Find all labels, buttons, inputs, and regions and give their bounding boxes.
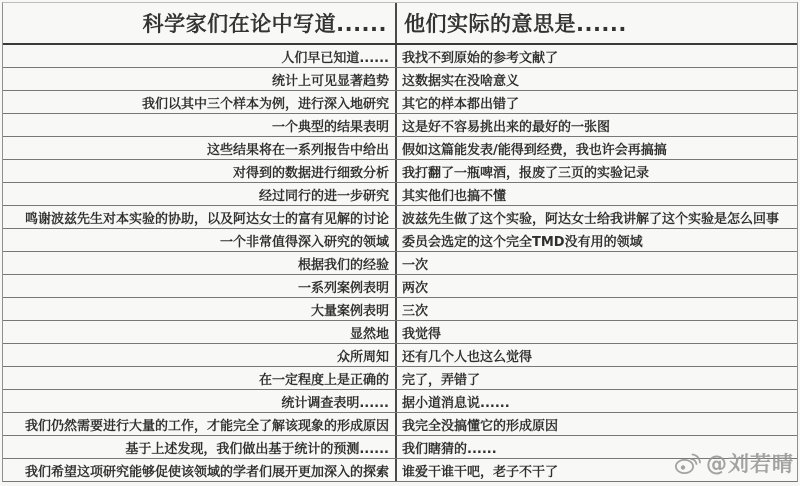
meme-table-image: 科学家们在论中写道...... 他们实际的意思是...... 人们早已知道...… <box>0 0 800 486</box>
cell-written-text: 一个非常值得深入研究的领域 <box>220 231 389 250</box>
cell-written-text: 人们早已知道...... <box>281 47 389 66</box>
cell-written: 基于上述发现，我们做出基于统计的预测...... <box>3 436 397 458</box>
cell-written-text: 对得到的数据进行细致分析 <box>233 162 389 181</box>
cell-written-text: 我们希望这项研究能够促使该领域的学者们展开更加深入的探索 <box>25 461 389 480</box>
cell-written-text: 这些结果将在一系列报告中给出 <box>207 139 389 158</box>
cell-written-text: 统计上可见显著趋势 <box>272 70 389 89</box>
cell-meant: 完了，弄错了 <box>397 367 797 389</box>
cell-meant: 波兹先生做了这个实验，阿达女士给我讲解了这个实验是怎么回事 <box>397 206 797 228</box>
cell-written: 统计上可见显著趋势 <box>3 68 397 90</box>
paper-phrase-table: 科学家们在论中写道...... 他们实际的意思是...... 人们早已知道...… <box>2 2 798 482</box>
cell-written: 对得到的数据进行细致分析 <box>3 160 397 182</box>
column-header-meant-label: 他们实际的意思是...... <box>404 8 627 38</box>
table-row: 人们早已知道...... 我找不到原始的参考文献了 <box>3 45 797 68</box>
cell-meant-text: 三次 <box>402 300 428 319</box>
cell-written: 人们早已知道...... <box>3 45 397 67</box>
column-header-meant: 他们实际的意思是...... <box>397 3 797 43</box>
cell-meant-text: 我找不到原始的参考文献了 <box>402 47 558 66</box>
cell-meant: 假如这篇能发表/能得到经费，我也许会再搞搞 <box>397 137 797 159</box>
table-header-row: 科学家们在论中写道...... 他们实际的意思是...... <box>3 3 797 45</box>
table-row: 一系列案例表明 两次 <box>3 275 797 298</box>
cell-meant: 我们瞎猜的...... <box>397 436 797 458</box>
cell-written-text: 根据我们的经验 <box>298 254 389 273</box>
table-row: 这些结果将在一系列报告中给出 假如这篇能发表/能得到经费，我也许会再搞搞 <box>3 137 797 160</box>
cell-meant: 还有几个人也这么觉得 <box>397 344 797 366</box>
cell-written: 一个非常值得深入研究的领域 <box>3 229 397 251</box>
table-row: 我们希望这项研究能够促使该领域的学者们展开更加深入的探索 谁爱干谁干吧，老子不干… <box>3 459 797 482</box>
cell-meant-text: 这是好不容易挑出来的最好的一张图 <box>402 116 610 135</box>
cell-meant-text: 完了，弄错了 <box>402 369 480 388</box>
cell-written: 大量案例表明 <box>3 298 397 320</box>
table-row: 基于上述发现，我们做出基于统计的预测...... 我们瞎猜的...... <box>3 436 797 459</box>
table-row: 我们仍然需要进行大量的工作，才能完全了解该现象的形成原因 我完全没搞懂它的形成原… <box>3 413 797 436</box>
cell-meant-text: 其实他们也搞不懂 <box>402 185 506 204</box>
cell-meant-text: 我完全没搞懂它的形成原因 <box>402 415 558 434</box>
table-row: 众所周知 还有几个人也这么觉得 <box>3 344 797 367</box>
cell-meant-text: 两次 <box>402 277 428 296</box>
table-row: 统计调查表明...... 据小道消息说...... <box>3 390 797 413</box>
cell-written: 在一定程度上是正确的 <box>3 367 397 389</box>
cell-written-text: 我们仍然需要进行大量的工作，才能完全了解该现象的形成原因 <box>25 415 389 434</box>
cell-written: 显然地 <box>3 321 397 343</box>
cell-written-text: 大量案例表明 <box>311 300 389 319</box>
cell-meant: 三次 <box>397 298 797 320</box>
cell-meant: 我找不到原始的参考文献了 <box>397 45 797 67</box>
cell-written-text: 一系列案例表明 <box>298 277 389 296</box>
table-row: 我们以其中三个样本为例，进行深入地研究 其它的样本都出错了 <box>3 91 797 114</box>
cell-meant: 两次 <box>397 275 797 297</box>
cell-meant-text: 一次 <box>402 254 428 273</box>
table-row: 根据我们的经验 一次 <box>3 252 797 275</box>
cell-meant: 委员会选定的这个完全TMD没有用的领域 <box>397 229 797 251</box>
table-row: 在一定程度上是正确的 完了，弄错了 <box>3 367 797 390</box>
cell-meant-text: 据小道消息说...... <box>402 392 510 411</box>
cell-written-text: 基于上述发现，我们做出基于统计的预测...... <box>125 438 389 457</box>
table-row: 统计上可见显著趋势 这数据实在没啥意义 <box>3 68 797 91</box>
table-row: 鸣谢波兹先生对本实验的协助，以及阿达女士的富有见解的讨论 波兹先生做了这个实验，… <box>3 206 797 229</box>
cell-written: 这些结果将在一系列报告中给出 <box>3 137 397 159</box>
cell-meant: 谁爱干谁干吧，老子不干了 <box>397 459 797 481</box>
cell-meant: 据小道消息说...... <box>397 390 797 412</box>
table-row: 大量案例表明 三次 <box>3 298 797 321</box>
cell-written: 我们希望这项研究能够促使该领域的学者们展开更加深入的探索 <box>3 459 397 481</box>
table-row: 对得到的数据进行细致分析 我打翻了一瓶啤酒，报废了三页的实验记录 <box>3 160 797 183</box>
cell-meant: 一次 <box>397 252 797 274</box>
cell-written: 经过同行的进一步研究 <box>3 183 397 205</box>
cell-written: 鸣谢波兹先生对本实验的协助，以及阿达女士的富有见解的讨论 <box>3 206 397 228</box>
cell-meant-text: 我觉得 <box>402 323 441 342</box>
cell-meant: 其它的样本都出错了 <box>397 91 797 113</box>
cell-written-text: 显然地 <box>350 323 389 342</box>
cell-written-text: 鸣谢波兹先生对本实验的协助，以及阿达女士的富有见解的讨论 <box>25 208 389 227</box>
cell-meant-text: 我们瞎猜的...... <box>402 438 497 457</box>
cell-meant-text: 谁爱干谁干吧，老子不干了 <box>402 461 558 480</box>
cell-written: 众所周知 <box>3 344 397 366</box>
cell-meant: 这是好不容易挑出来的最好的一张图 <box>397 114 797 136</box>
cell-written-text: 一个典型的结果表明 <box>272 116 389 135</box>
cell-meant-text: 这数据实在没啥意义 <box>402 70 519 89</box>
cell-written: 统计调查表明...... <box>3 390 397 412</box>
table-row: 经过同行的进一步研究 其实他们也搞不懂 <box>3 183 797 206</box>
cell-meant: 我打翻了一瓶啤酒，报废了三页的实验记录 <box>397 160 797 182</box>
cell-written-text: 经过同行的进一步研究 <box>259 185 389 204</box>
cell-written-text: 统计调查表明...... <box>281 392 389 411</box>
table-row: 显然地 我觉得 <box>3 321 797 344</box>
cell-meant-text: 波兹先生做了这个实验，阿达女士给我讲解了这个实验是怎么回事 <box>402 208 779 227</box>
cell-meant-text: 委员会选定的这个完全TMD没有用的领域 <box>402 231 643 250</box>
cell-written: 一个典型的结果表明 <box>3 114 397 136</box>
cell-meant-text: 我打翻了一瓶啤酒，报废了三页的实验记录 <box>402 162 649 181</box>
cell-meant: 我完全没搞懂它的形成原因 <box>397 413 797 435</box>
column-header-written: 科学家们在论中写道...... <box>3 3 397 43</box>
cell-meant: 这数据实在没啥意义 <box>397 68 797 90</box>
cell-written: 我们以其中三个样本为例，进行深入地研究 <box>3 91 397 113</box>
cell-meant: 我觉得 <box>397 321 797 343</box>
cell-meant-text: 其它的样本都出错了 <box>402 93 519 112</box>
cell-written-text: 在一定程度上是正确的 <box>259 369 389 388</box>
cell-written: 我们仍然需要进行大量的工作，才能完全了解该现象的形成原因 <box>3 413 397 435</box>
column-header-written-label: 科学家们在论中写道...... <box>143 8 387 38</box>
cell-meant-text: 还有几个人也这么觉得 <box>402 346 532 365</box>
table-row: 一个典型的结果表明 这是好不容易挑出来的最好的一张图 <box>3 114 797 137</box>
table-row: 一个非常值得深入研究的领域 委员会选定的这个完全TMD没有用的领域 <box>3 229 797 252</box>
cell-written: 根据我们的经验 <box>3 252 397 274</box>
cell-written-text: 众所周知 <box>337 346 389 365</box>
cell-written-text: 我们以其中三个样本为例，进行深入地研究 <box>142 93 389 112</box>
cell-written: 一系列案例表明 <box>3 275 397 297</box>
cell-meant-text: 假如这篇能发表/能得到经费，我也许会再搞搞 <box>402 139 667 158</box>
cell-meant: 其实他们也搞不懂 <box>397 183 797 205</box>
